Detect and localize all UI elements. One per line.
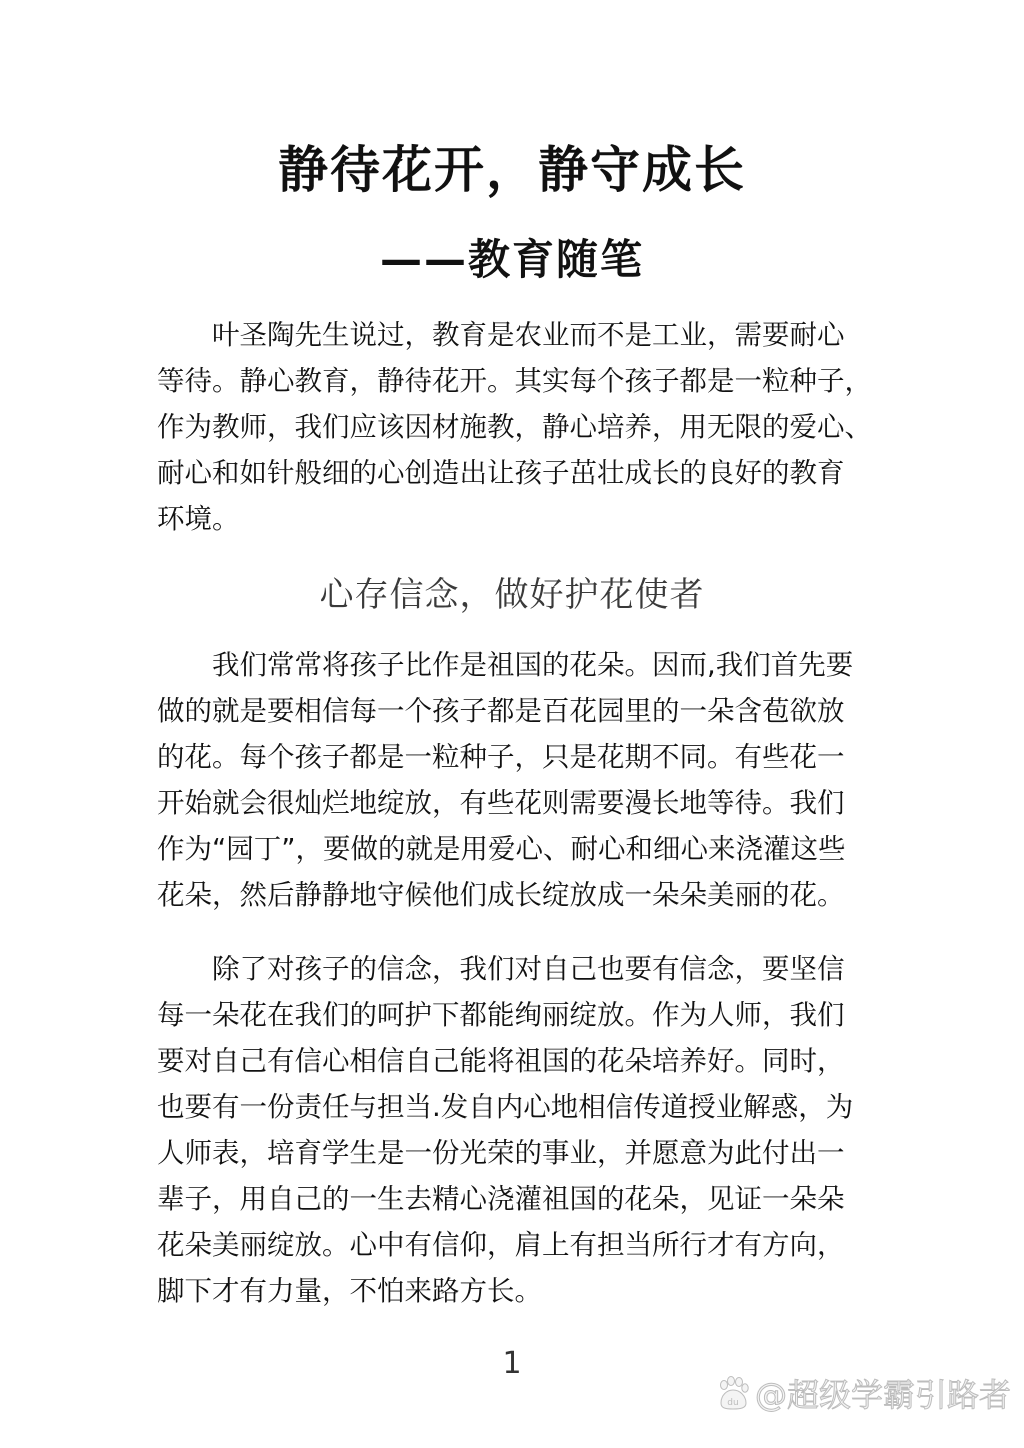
- paragraph-line: 的花。每个孩子都是一粒种子，只是花期不同。有些花一: [157, 734, 857, 780]
- paragraph-line: 辈子，用自己的一生去精心浇灌祖国的花朵，见证一朵朵: [157, 1176, 857, 1222]
- baidu-paw-icon: du: [715, 1375, 751, 1411]
- intro-paragraph: 叶圣陶先生说过，教育是农业而不是工业，需要耐心 等待。静心教育，静待花开。其实每…: [157, 312, 857, 542]
- paragraph-line: 花朵美丽绽放。心中有信仰，肩上有担当所行才有方向，: [157, 1222, 857, 1268]
- document-subtitle: ——教育随笔: [0, 232, 1024, 288]
- paragraph-line: 环境。: [157, 496, 857, 542]
- paragraph-line: 每一朵花在我们的呵护下都能绚丽绽放。作为人师，我们: [157, 992, 857, 1038]
- paragraph-line: 也要有一份责任与担当.发自内心地相信传道授业解惑，为: [157, 1084, 857, 1130]
- watermark: du @超级学霸引路者: [715, 1370, 1011, 1416]
- paragraph-line: 除了对孩子的信念，我们对自己也要有信念，要坚信: [157, 946, 857, 992]
- paragraph-3: 除了对孩子的信念，我们对自己也要有信念，要坚信 每一朵花在我们的呵护下都能绚丽绽…: [157, 946, 857, 1314]
- paragraph-line: 要对自己有信心相信自己能将祖国的花朵培养好。同时，: [157, 1038, 857, 1084]
- paragraph-line: 脚下才有力量，不怕来路方长。: [157, 1268, 857, 1314]
- paragraph-line: 作为“园丁”，要做的就是用爱心、耐心和细心来浇灌这些: [157, 826, 857, 872]
- paragraph-line: 叶圣陶先生说过，教育是农业而不是工业，需要耐心: [157, 312, 857, 358]
- document-title: 静待花开，静守成长: [0, 140, 1024, 200]
- paragraph-line: 耐心和如针般细的心创造出让孩子茁壮成长的良好的教育: [157, 450, 857, 496]
- paragraph-line: 等待。静心教育，静待花开。其实每个孩子都是一粒种子，: [157, 358, 857, 404]
- paragraph-2: 我们常常将孩子比作是祖国的花朵。因而,我们首先要 做的就是要相信每一个孩子都是百…: [157, 642, 857, 918]
- paragraph-line: 开始就会很灿烂地绽放，有些花则需要漫长地等待。我们: [157, 780, 857, 826]
- paragraph-line: 我们常常将孩子比作是祖国的花朵。因而,我们首先要: [157, 642, 857, 688]
- svg-text:du: du: [727, 1398, 738, 1408]
- section-heading: 心存信念，做好护花使者: [0, 572, 1024, 618]
- paragraph-line: 作为教师，我们应该因材施教，静心培养，用无限的爱心、: [157, 404, 857, 450]
- paragraph-line: 人师表，培育学生是一份光荣的事业，并愿意为此付出一: [157, 1130, 857, 1176]
- paragraph-line: 花朵，然后静静地守候他们成长绽放成一朵朵美丽的花。: [157, 872, 857, 918]
- paragraph-line: 做的就是要相信每一个孩子都是百花园里的一朵含苞欲放: [157, 688, 857, 734]
- watermark-text: @超级学霸引路者: [755, 1370, 1011, 1416]
